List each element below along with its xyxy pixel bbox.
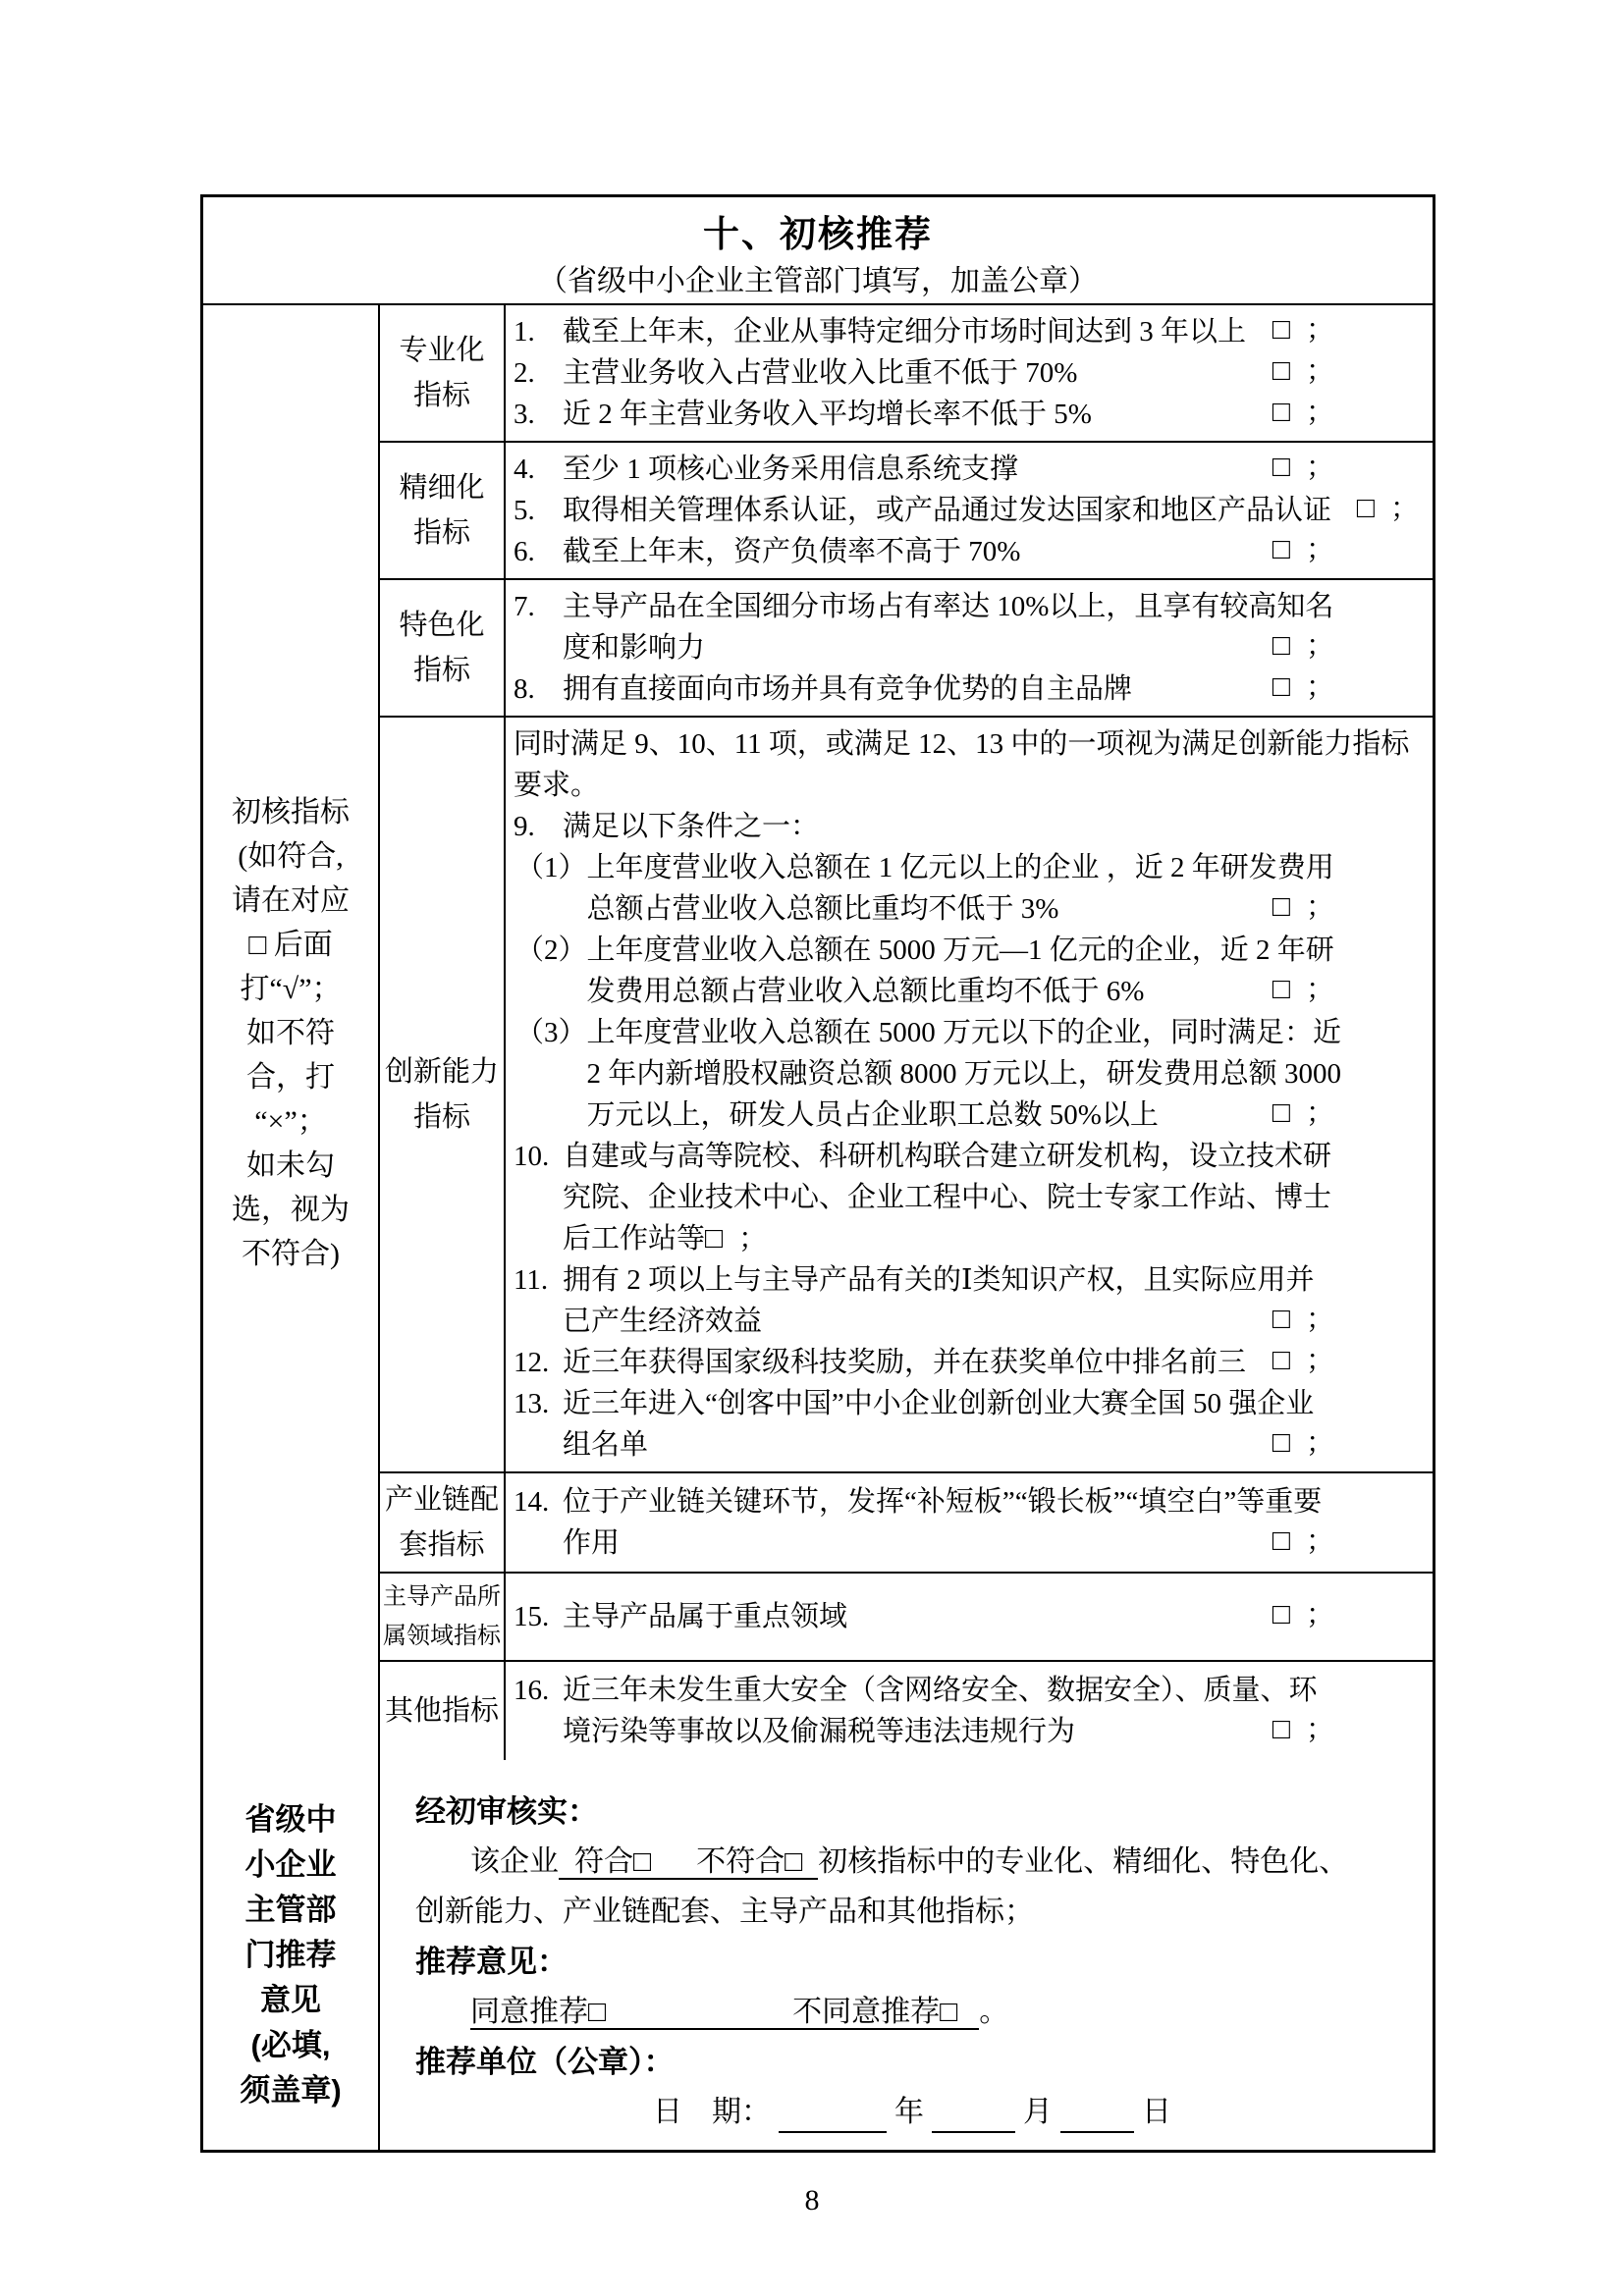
checkbox-item-4[interactable]: □； <box>1272 447 1334 488</box>
item-text: 拥有直接面向市场并具有竞争优势的自主品牌 <box>563 668 1132 710</box>
indicator-row-4: 创新能力 指标同时满足 9、10、11 项，或满足 12、13 中的一项视为满足… <box>380 718 1433 1473</box>
indicator-item: 3.近 2 年主营业务收入平均增长率不低于 5%□； <box>514 394 1423 435</box>
checkbox-icon[interactable]: □ <box>1272 1096 1290 1129</box>
items-cell: 16.近三年未发生重大安全（含网络安全、数据安全）、质量、环境污染等事故以及偷漏… <box>506 1662 1433 1760</box>
checkbox-icon[interactable]: □ <box>1272 973 1290 1005</box>
verify-options-underline: 符合□不符合□ <box>559 1845 818 1880</box>
item-text: 拥有 2 项以上与主导产品有关的Ⅰ类知识产权，且实际应用并已产生经济效益 <box>563 1259 1338 1342</box>
indicator-item: 7.主导产品在全国细分市场占有率达 10%以上，且享有较高知名度和影响力□； <box>514 586 1423 668</box>
item-number: 1. <box>514 311 563 352</box>
indicator-item: （1）上年度营业收入总额在 1 亿元以上的企业 ，近 2 年研发费用总额占营业收… <box>514 847 1423 930</box>
item-semicolon: ； <box>1306 1304 1334 1335</box>
checkbox-icon[interactable]: □ <box>1272 890 1290 923</box>
section-subtitle: （省级中小企业主管部门填写，加盖公章） <box>203 260 1433 303</box>
item-text: 自建或与高等院校、科研机构联合建立研发机构，设立技术研究院、企业技术中心、企业工… <box>563 1136 1338 1259</box>
indicator-row-3: 特色化 指标7.主导产品在全国细分市场占有率达 10%以上，且享有较高知名度和影… <box>380 580 1433 718</box>
date-year-label: 年 <box>894 2096 924 2128</box>
indicator-row-2: 精细化 指标4.至少 1 项核心业务采用信息系统支撑□；5.取得相关管理体系认证… <box>380 443 1433 580</box>
category-label: 创新能力 指标 <box>380 718 506 1471</box>
date-line: 日 期：年月日 <box>415 2092 1413 2133</box>
items-cell: 15.主导产品属于重点领域□； <box>506 1574 1433 1660</box>
checkbox-icon[interactable]: □ <box>1272 313 1290 346</box>
item-semicolon: ； <box>1390 493 1419 524</box>
checkbox-item-3[interactable]: □； <box>1272 1093 1334 1134</box>
indicator-item: （3）上年度营业收入总额在 5000 万元以下的企业，同时满足：近 2 年内新增… <box>514 1012 1423 1136</box>
item-text: 位于产业链关键环节，发挥“补短板”“锻长板”“填空白”等重要作用 <box>563 1481 1338 1564</box>
unit-heading: 推荐单位（公章）： <box>415 2042 1413 2083</box>
indicator-item: 8.拥有直接面向市场并具有竞争优势的自主品牌□； <box>514 668 1423 710</box>
item-semicolon: ； <box>1306 452 1334 483</box>
conform-checkbox[interactable]: 符合□ <box>574 1845 651 1878</box>
item-semicolon: ； <box>1306 397 1334 428</box>
checkbox-item-7[interactable]: □； <box>1272 625 1334 667</box>
checkbox-item-1[interactable]: □； <box>1272 886 1334 928</box>
recommendation-label: 省级中 小企业 主管部 门推荐 意见 (必填, 须盖章) <box>203 1760 380 2150</box>
checkbox-item-16[interactable]: □； <box>1272 1709 1334 1750</box>
verify-heading: 经初审核实： <box>415 1791 1413 1833</box>
review-recommendation-table: 十、初核推荐 （省级中小企业主管部门填写，加盖公章） 初核指标 (如符合, 请在… <box>200 194 1435 2153</box>
indicator-item: 9.满足以下条件之一： <box>514 806 1423 847</box>
item-semicolon: ； <box>1306 355 1334 387</box>
verify-line: 该企业符合□不符合□初核指标中的专业化、精细化、特色化、 <box>415 1842 1413 1883</box>
checkbox-icon[interactable]: □ <box>1272 629 1290 662</box>
item-semicolon: ； <box>1306 974 1334 1005</box>
items-cell: 同时满足 9、10、11 项，或满足 12、13 中的一项视为满足创新能力指标要… <box>506 718 1433 1471</box>
item-semicolon: ； <box>1306 1525 1334 1557</box>
item-number: 2. <box>514 352 563 394</box>
item-number: 3. <box>514 394 563 435</box>
checkbox-item-13[interactable]: □； <box>1272 1422 1334 1464</box>
section-title: 十、初核推荐 <box>203 211 1433 260</box>
item-number: （2） <box>515 930 587 971</box>
item-text: 至少 1 项核心业务采用信息系统支撑 <box>563 449 1018 490</box>
item-semicolon: ； <box>1306 1599 1334 1630</box>
checkbox-icon[interactable]: □ <box>1357 492 1375 524</box>
checkbox-item-5[interactable]: □； <box>1357 488 1419 529</box>
indicator-item: （2）上年度营业收入总额在 5000 万元—1 亿元的企业，近 2 年研发费用总… <box>514 930 1423 1012</box>
date-month-label: 月 <box>1023 2096 1053 2128</box>
item-number: 10. <box>514 1136 563 1177</box>
item-number: 9. <box>514 806 563 847</box>
item-number: 14. <box>514 1481 563 1522</box>
checkbox-icon[interactable]: □ <box>1272 451 1290 483</box>
indicator-body: 初核指标 (如符合, 请在对应 □ 后面 打“√”； 如不符 合，打 “×”； … <box>203 305 1433 1760</box>
item-semicolon: ； <box>1306 1714 1334 1745</box>
item-number: 15. <box>514 1596 563 1637</box>
items-cell: 1.截至上年末，企业从事特定细分市场时间达到 3 年以上□；2.主营业务收入占营… <box>506 305 1433 441</box>
verify-line-2: 创新能力、产业链配套、主导产品和其他指标； <box>415 1892 1413 1933</box>
item-semicolon: ； <box>1306 630 1334 662</box>
item-number: 5. <box>514 490 563 531</box>
checkbox-item-15[interactable]: □； <box>1272 1594 1334 1635</box>
checkbox-item-1[interactable]: □； <box>1272 309 1334 350</box>
item-number: 13. <box>514 1383 563 1424</box>
indicator-item: 2.主营业务收入占营业收入比重不低于 70%□； <box>514 352 1423 394</box>
indicator-item: 14.位于产业链关键环节，发挥“补短板”“锻长板”“填空白”等重要作用□； <box>514 1481 1423 1564</box>
verify-prefix: 该企业 <box>470 1845 559 1878</box>
item-text: 上年度营业收入总额在 1 亿元以上的企业 ，近 2 年研发费用总额占营业收入总额… <box>587 847 1363 930</box>
item-number: 8. <box>514 668 563 710</box>
date-month-field[interactable] <box>932 2100 1015 2133</box>
item-text: 近 2 年主营业务收入平均增长率不低于 5% <box>563 394 1092 435</box>
checkbox-item-2[interactable]: □； <box>1272 969 1334 1010</box>
date-day-field[interactable] <box>1060 2100 1134 2133</box>
category-label: 产业链配 套指标 <box>380 1473 506 1572</box>
date-year-field[interactable] <box>779 2100 887 2133</box>
recommendation-content: 经初审核实： 该企业符合□不符合□初核指标中的专业化、精细化、特色化、 创新能力… <box>380 1760 1433 2150</box>
checkbox-icon[interactable]: □ <box>1272 1426 1290 1459</box>
checkbox-icon[interactable]: □ <box>1272 670 1290 703</box>
item-text: 近三年未发生重大安全（含网络安全、数据安全）、质量、环境污染等事故以及偷漏税等违… <box>563 1670 1338 1752</box>
checkbox-icon[interactable]: □ <box>1272 354 1290 387</box>
category-label: 精细化 指标 <box>380 443 506 578</box>
item-text: 上年度营业收入总额在 5000 万元—1 亿元的企业，近 2 年研发费用总额占营… <box>587 930 1363 1012</box>
recommend-line: 同意推荐□不同意推荐□。 <box>415 1992 1413 2033</box>
checkbox-icon[interactable]: □ <box>1272 1713 1290 1745</box>
document-page: 十、初核推荐 （省级中小企业主管部门填写，加盖公章） 初核指标 (如符合, 请在… <box>0 0 1624 2296</box>
items-cell: 7.主导产品在全国细分市场占有率达 10%以上，且享有较高知名度和影响力□；8.… <box>506 580 1433 716</box>
indicator-item: 6.截至上年末，资产负债率不高于 70%□； <box>514 531 1423 572</box>
item-text: 主营业务收入占营业收入比重不低于 70% <box>563 352 1077 394</box>
item-text: 截至上年末，企业从事特定细分市场时间达到 3 年以上 <box>563 311 1246 352</box>
indicator-item: 16.近三年未发生重大安全（含网络安全、数据安全）、质量、环境污染等事故以及偷漏… <box>514 1670 1423 1752</box>
sentence-period: 。 <box>979 1996 1008 2028</box>
recommendation-section: 省级中 小企业 主管部 门推荐 意见 (必填, 须盖章) 经初审核实： 该企业符… <box>203 1760 1433 2150</box>
indicator-item: 11.拥有 2 项以上与主导产品有关的Ⅰ类知识产权，且实际应用并已产生经济效益□… <box>514 1259 1423 1342</box>
category-label: 主导产品所 属领域指标 <box>380 1574 506 1660</box>
recommend-heading: 推荐意见： <box>415 1942 1413 1983</box>
item-number: 4. <box>514 449 563 490</box>
agree-checkbox[interactable]: 同意推荐□ <box>470 1996 606 2028</box>
item-text: 上年度营业收入总额在 5000 万元以下的企业，同时满足：近 2 年内新增股权融… <box>587 1012 1363 1136</box>
checkbox-icon[interactable]: □ <box>1272 1524 1290 1557</box>
item-semicolon: ； <box>1306 1097 1334 1129</box>
category-label: 特色化 指标 <box>380 580 506 716</box>
item-semicolon: ； <box>738 1223 767 1255</box>
indicator-item: 1.截至上年末，企业从事特定细分市场时间达到 3 年以上□； <box>514 311 1423 352</box>
checkbox-item-11[interactable]: □； <box>1272 1299 1334 1340</box>
checkbox-icon[interactable]: □ <box>1272 396 1290 428</box>
checkbox-item-12[interactable]: □； <box>1272 1340 1334 1381</box>
nonconform-checkbox[interactable]: 不符合□ <box>696 1845 802 1878</box>
checkbox-icon[interactable]: □ <box>705 1222 723 1255</box>
item-number: 7. <box>514 586 563 627</box>
indicator-item: 13.近三年进入“创客中国”中小企业创新创业大赛全国 50 强企业组名单□； <box>514 1383 1423 1466</box>
item-text: 取得相关管理体系认证，或产品通过发达国家和地区产品认证 <box>563 490 1331 531</box>
items-cell: 14.位于产业链关键环节，发挥“补短板”“锻长板”“填空白”等重要作用□； <box>506 1473 1433 1572</box>
item-number: 16. <box>514 1670 563 1711</box>
indicator-row-7: 其他指标16.近三年未发生重大安全（含网络安全、数据安全）、质量、环境污染等事故… <box>380 1662 1433 1760</box>
item-semicolon: ； <box>1306 314 1334 346</box>
checkbox-icon[interactable]: □ <box>1272 1303 1290 1335</box>
item-semicolon: ； <box>1306 1427 1334 1459</box>
items-cell: 4.至少 1 项核心业务采用信息系统支撑□；5.取得相关管理体系认证，或产品通过… <box>506 443 1433 578</box>
item-text: 满足以下条件之一： <box>563 806 819 847</box>
item-number: 6. <box>514 531 563 572</box>
category-label: 其他指标 <box>380 1662 506 1760</box>
item-number: （1） <box>515 847 587 888</box>
checkbox-item-6[interactable]: □； <box>1272 529 1334 570</box>
item-text: 近三年进入“创客中国”中小企业创新创业大赛全国 50 强企业组名单 <box>563 1383 1338 1466</box>
item-semicolon: ； <box>1306 1345 1334 1376</box>
indicator-item: 4.至少 1 项核心业务采用信息系统支撑□； <box>514 449 1423 490</box>
indicator-item: 5.取得相关管理体系认证，或产品通过发达国家和地区产品认证□； <box>514 490 1423 531</box>
note-instructions: 初核指标 (如符合, 请在对应 □ 后面 打“√”； 如不符 合，打 “×”； … <box>232 790 350 1276</box>
indicator-row-6: 主导产品所 属领域指标15.主导产品属于重点领域□； <box>380 1574 1433 1662</box>
checkbox-item-8[interactable]: □； <box>1272 667 1334 708</box>
page-number: 8 <box>0 2184 1624 2217</box>
note-column: 初核指标 (如符合, 请在对应 □ 后面 打“√”； 如不符 合，打 “×”； … <box>203 305 380 1760</box>
item-text: 主导产品在全国细分市场占有率达 10%以上，且享有较高知名度和影响力 <box>563 586 1338 668</box>
indicator-row-1: 专业化 指标1.截至上年末，企业从事特定细分市场时间达到 3 年以上□；2.主营… <box>380 305 1433 443</box>
checkbox-item-10[interactable]: □； <box>705 1223 767 1255</box>
item-number: （3） <box>515 1012 587 1053</box>
innovation-intro-row: 同时满足 9、10、11 项，或满足 12、13 中的一项视为满足创新能力指标要… <box>514 723 1423 806</box>
disagree-checkbox[interactable]: 不同意推荐□ <box>792 1996 957 2028</box>
checkbox-icon[interactable]: □ <box>1272 1344 1290 1376</box>
item-semicolon: ； <box>1306 534 1334 565</box>
category-label: 专业化 指标 <box>380 305 506 441</box>
item-number: 12. <box>514 1342 563 1383</box>
date-day-label: 日 <box>1142 2096 1171 2128</box>
item-text: 近三年获得国家级科技奖励，并在获奖单位中排名前三 <box>563 1342 1246 1383</box>
recommend-options-underline: 同意推荐□不同意推荐□ <box>470 1996 979 2030</box>
checkbox-item-14[interactable]: □； <box>1272 1521 1334 1562</box>
title-row: 十、初核推荐 （省级中小企业主管部门填写，加盖公章） <box>203 197 1433 305</box>
checkbox-item-3[interactable]: □； <box>1272 392 1334 433</box>
item-text: 主导产品属于重点领域 <box>563 1596 847 1637</box>
indicator-item: 12.近三年获得国家级科技奖励，并在获奖单位中排名前三□； <box>514 1342 1423 1383</box>
item-semicolon: ； <box>1306 891 1334 923</box>
indicator-item: 15.主导产品属于重点领域□； <box>514 1596 1423 1637</box>
item-semicolon: ； <box>1306 671 1334 703</box>
checkbox-icon[interactable]: □ <box>1272 1598 1290 1630</box>
checkbox-icon[interactable]: □ <box>1272 533 1290 565</box>
innovation-intro-text: 同时满足 9、10、11 项，或满足 12、13 中的一项视为满足创新能力指标要… <box>514 723 1423 806</box>
indicator-sections: 专业化 指标1.截至上年末，企业从事特定细分市场时间达到 3 年以上□；2.主营… <box>380 305 1433 1760</box>
checkbox-item-2[interactable]: □； <box>1272 350 1334 392</box>
item-text: 截至上年末，资产负债率不高于 70% <box>563 531 1020 572</box>
indicator-item: 10.自建或与高等院校、科研机构联合建立研发机构，设立技术研究院、企业技术中心、… <box>514 1136 1423 1259</box>
item-number: 11. <box>514 1259 563 1301</box>
date-label: 日 期： <box>653 2096 771 2128</box>
verify-suffix: 初核指标中的专业化、精细化、特色化、 <box>818 1845 1348 1878</box>
indicator-row-5: 产业链配 套指标14.位于产业链关键环节，发挥“补短板”“锻长板”“填空白”等重… <box>380 1473 1433 1574</box>
